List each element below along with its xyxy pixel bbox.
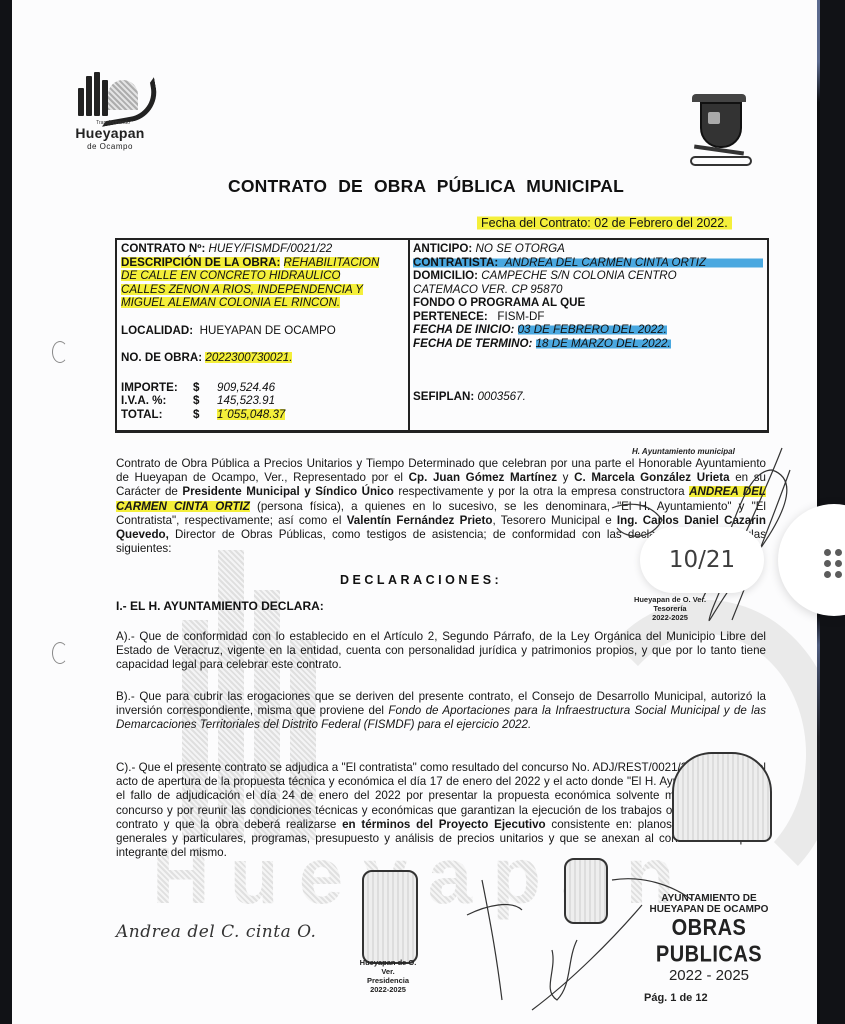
document-page: Hueyapan Transformando Hueyapan de Ocamp…: [12, 0, 818, 1024]
grid-dots-icon: [824, 549, 845, 579]
signature-strokes-icon: [12, 0, 818, 1024]
page-counter[interactable]: 10/21: [640, 527, 764, 593]
